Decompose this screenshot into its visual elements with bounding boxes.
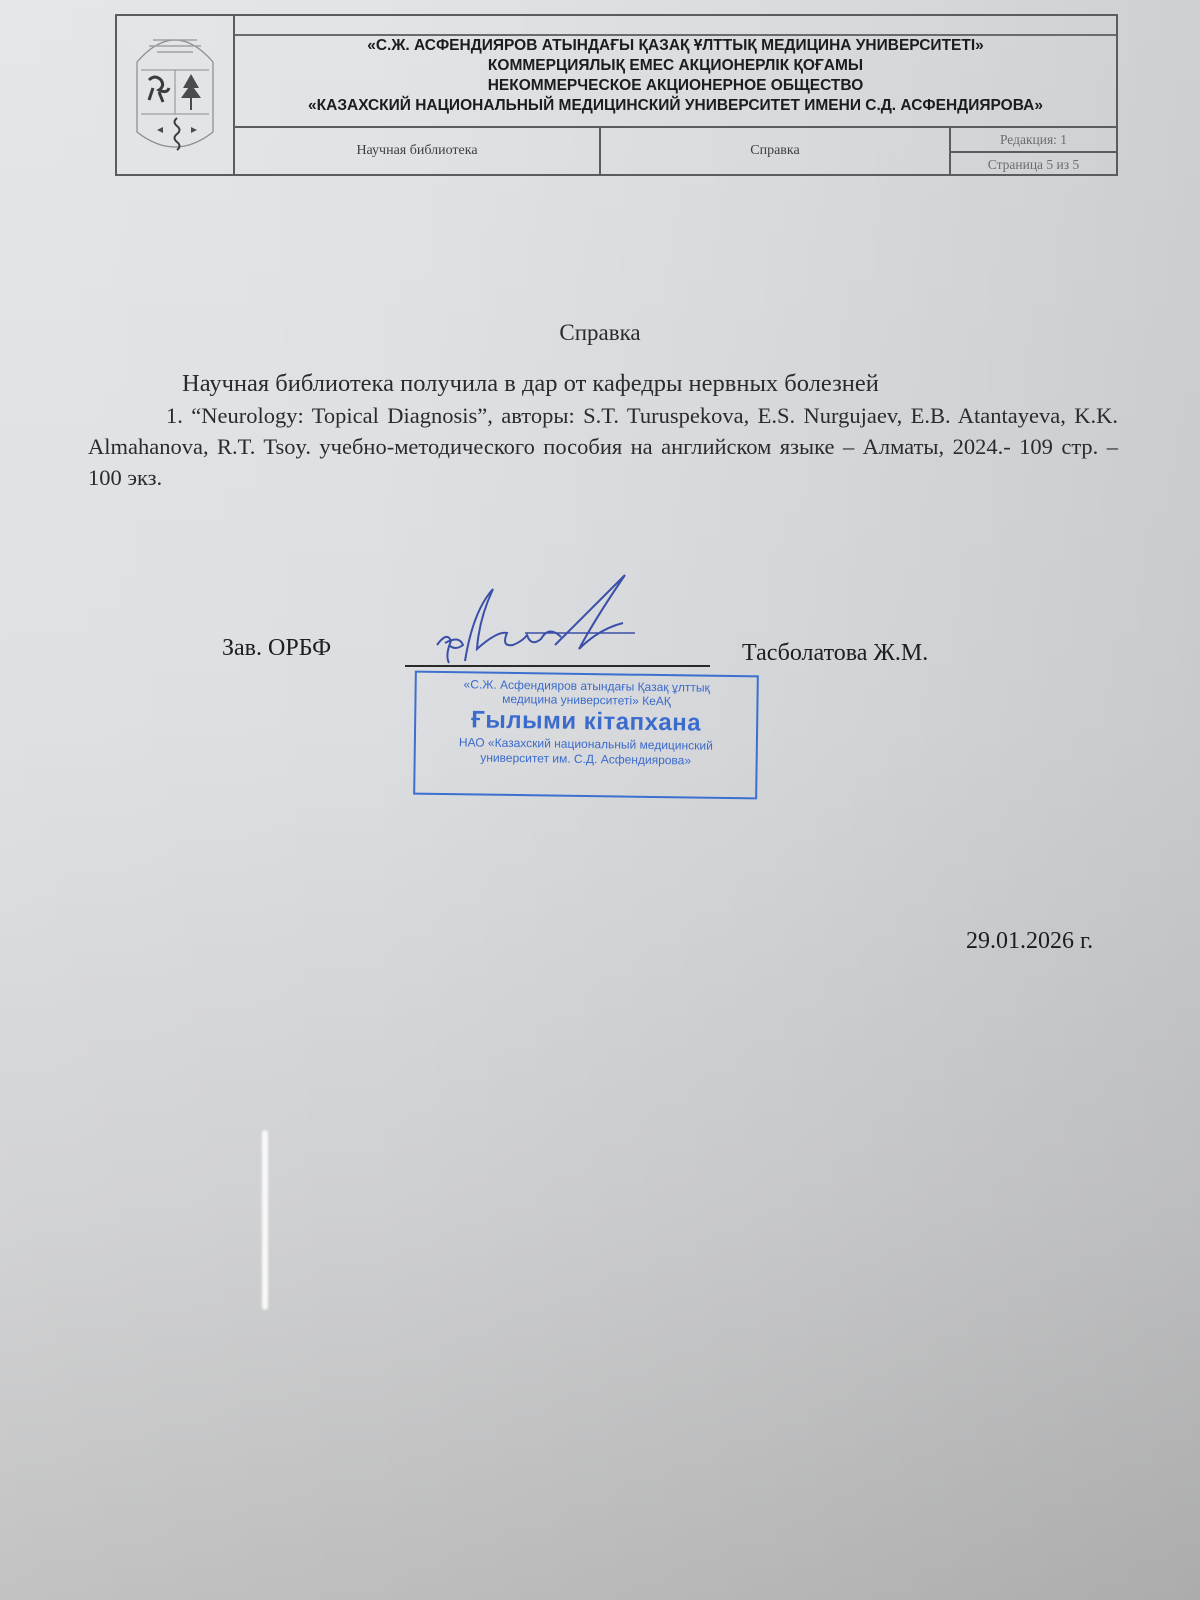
university-title-line: НЕКОММЕРЧЕСКОЕ АКЦИОНЕРНОЕ ОБЩЕСТВО xyxy=(235,76,1116,96)
document-header-table: «С.Ж. АСФЕНДИЯРОВ АТЫНДАҒЫ ҚАЗАҚ ҰЛТТЫҚ … xyxy=(115,14,1118,176)
donated-item: 1. “Neurology: Topical Diagnosis”, автор… xyxy=(88,400,1118,493)
document-title: Справка xyxy=(0,320,1200,346)
university-crest-icon xyxy=(127,22,223,162)
logo-cell xyxy=(117,16,235,174)
university-title: «С.Ж. АСФЕНДИЯРОВ АТЫНДАҒЫ ҚАЗАҚ ҰЛТТЫҚ … xyxy=(235,34,1116,126)
header-info-row: Научная библиотека Справка Редакция: 1 С… xyxy=(235,126,1116,176)
signatory-position: Зав. ОРБФ xyxy=(222,635,331,662)
revision-page-cell: Редакция: 1 Страница 5 из 5 xyxy=(951,128,1116,174)
department-cell: Научная библиотека xyxy=(235,128,601,174)
university-title-line: КОММЕРЦИЯЛЫҚ ЕМЕС АКЦИОНЕРЛІК ҚОҒАМЫ xyxy=(235,56,1116,76)
intro-text: Научная библиотека получила в дар от каф… xyxy=(182,370,879,398)
stamp-title: Ғылыми кітапхана xyxy=(416,705,756,740)
university-title-line: «С.Ж. АСФЕНДИЯРОВ АТЫНДАҒЫ ҚАЗАҚ ҰЛТТЫҚ … xyxy=(235,36,1116,56)
doc-type-cell: Справка xyxy=(601,128,951,174)
revision-label: Редакция: 1 xyxy=(951,128,1116,153)
handwritten-signature-icon xyxy=(425,565,665,675)
paper-glare xyxy=(262,1130,268,1310)
university-title-line: «КАЗАХСКИЙ НАЦИОНАЛЬНЫЙ МЕДИЦИНСКИЙ УНИВ… xyxy=(235,96,1116,116)
page-number-label: Страница 5 из 5 xyxy=(951,153,1116,176)
paper-lighting xyxy=(0,0,1200,1600)
signatory-name: Тасболатова Ж.М. xyxy=(742,640,928,667)
document-date: 29.01.2026 г. xyxy=(966,928,1093,955)
signature-line xyxy=(405,665,710,667)
library-stamp: «С.Ж. Асфендияров атындағы Қазақ ұлттық … xyxy=(413,671,759,800)
